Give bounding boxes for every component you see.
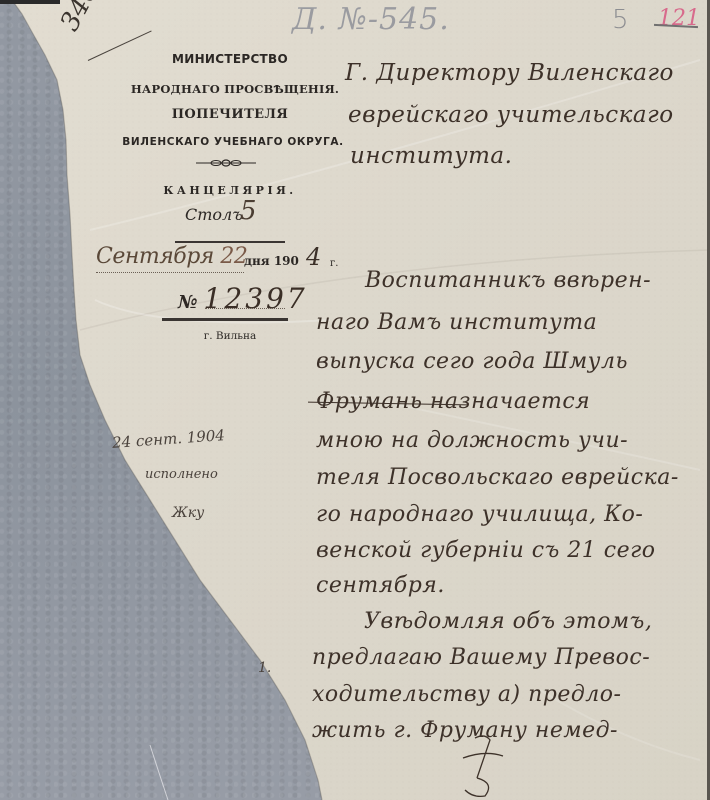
body-line-3: выпуска сего года Шмуль [316, 349, 628, 374]
flourish-mark [455, 728, 515, 798]
scan-edge-top [0, 0, 60, 4]
letterhead-city: г. Вильна [150, 330, 310, 342]
page-number: 5 [612, 5, 629, 35]
number-label: № [178, 292, 198, 313]
desk-label: Столъ [185, 205, 243, 224]
date-dotted-line [96, 272, 244, 273]
outgoing-number: №12397 [178, 282, 308, 315]
body-line-9: сентября. [316, 573, 445, 598]
margin-note-initials: Жку [172, 505, 204, 521]
date-year-handwritten: 4 [306, 243, 321, 271]
body-line-11: предлагаю Вашему Превос- [312, 645, 650, 670]
date-year-suffix: г. [330, 258, 338, 269]
margin-note-fragment: 1. [258, 660, 271, 676]
addressee-line-3: института. [350, 143, 512, 169]
document-scan: 346 Д. №-545. 5 121 МИНИСТЕРСТВО НАРОДНА… [0, 0, 710, 800]
date-month-handwritten: Сентября [96, 244, 214, 269]
body-line-12: ходительству а) предло- [312, 682, 621, 707]
body-line-10: Увѣдомляя объ этомъ, [364, 609, 652, 634]
ornament-divider [196, 159, 256, 167]
letterhead-ministry: МИНИСТЕРСТВО [150, 52, 310, 66]
letterhead-enlightenment: НАРОДНАГО ПРОСВѢЩЕНІЯ. [120, 82, 350, 96]
addressee-line-2: еврейскаго учительскаго [348, 102, 674, 128]
body-line-8: венской губерніи съ 21 сего [316, 538, 655, 563]
letterhead-district: ВИЛЕНСКАГО УЧЕБНАГО ОКРУГА. [118, 136, 348, 148]
date-printed-label: дня 190 [244, 254, 299, 268]
body-line-2: наго Вамъ института [316, 310, 597, 335]
desk-number: 5 [240, 196, 257, 226]
number-value: 12397 [204, 282, 308, 315]
addressee-line-1: Г. Директору Виленскаго [345, 60, 674, 86]
body-line-1: Воспитанникъ ввѣрен- [365, 268, 651, 293]
document-number: Д. №-545. [292, 2, 450, 37]
number-dotted-line [205, 308, 285, 309]
date-month: Сентября 22 [96, 244, 247, 269]
body-line-5: мною на должность учи- [316, 428, 628, 453]
rule-divider-bold [162, 318, 288, 321]
rule-divider [175, 241, 285, 243]
body-line-7: го народнаго училища, Ко- [316, 502, 643, 527]
letterhead-trustee: ПОПЕЧИТЕЛЯ [150, 107, 310, 122]
margin-note-executed: исполнено [145, 467, 218, 482]
letterhead-office: КАНЦЕЛЯРІЯ. [150, 184, 310, 197]
body-line-6: теля Посвольскаго еврейска- [316, 465, 679, 490]
